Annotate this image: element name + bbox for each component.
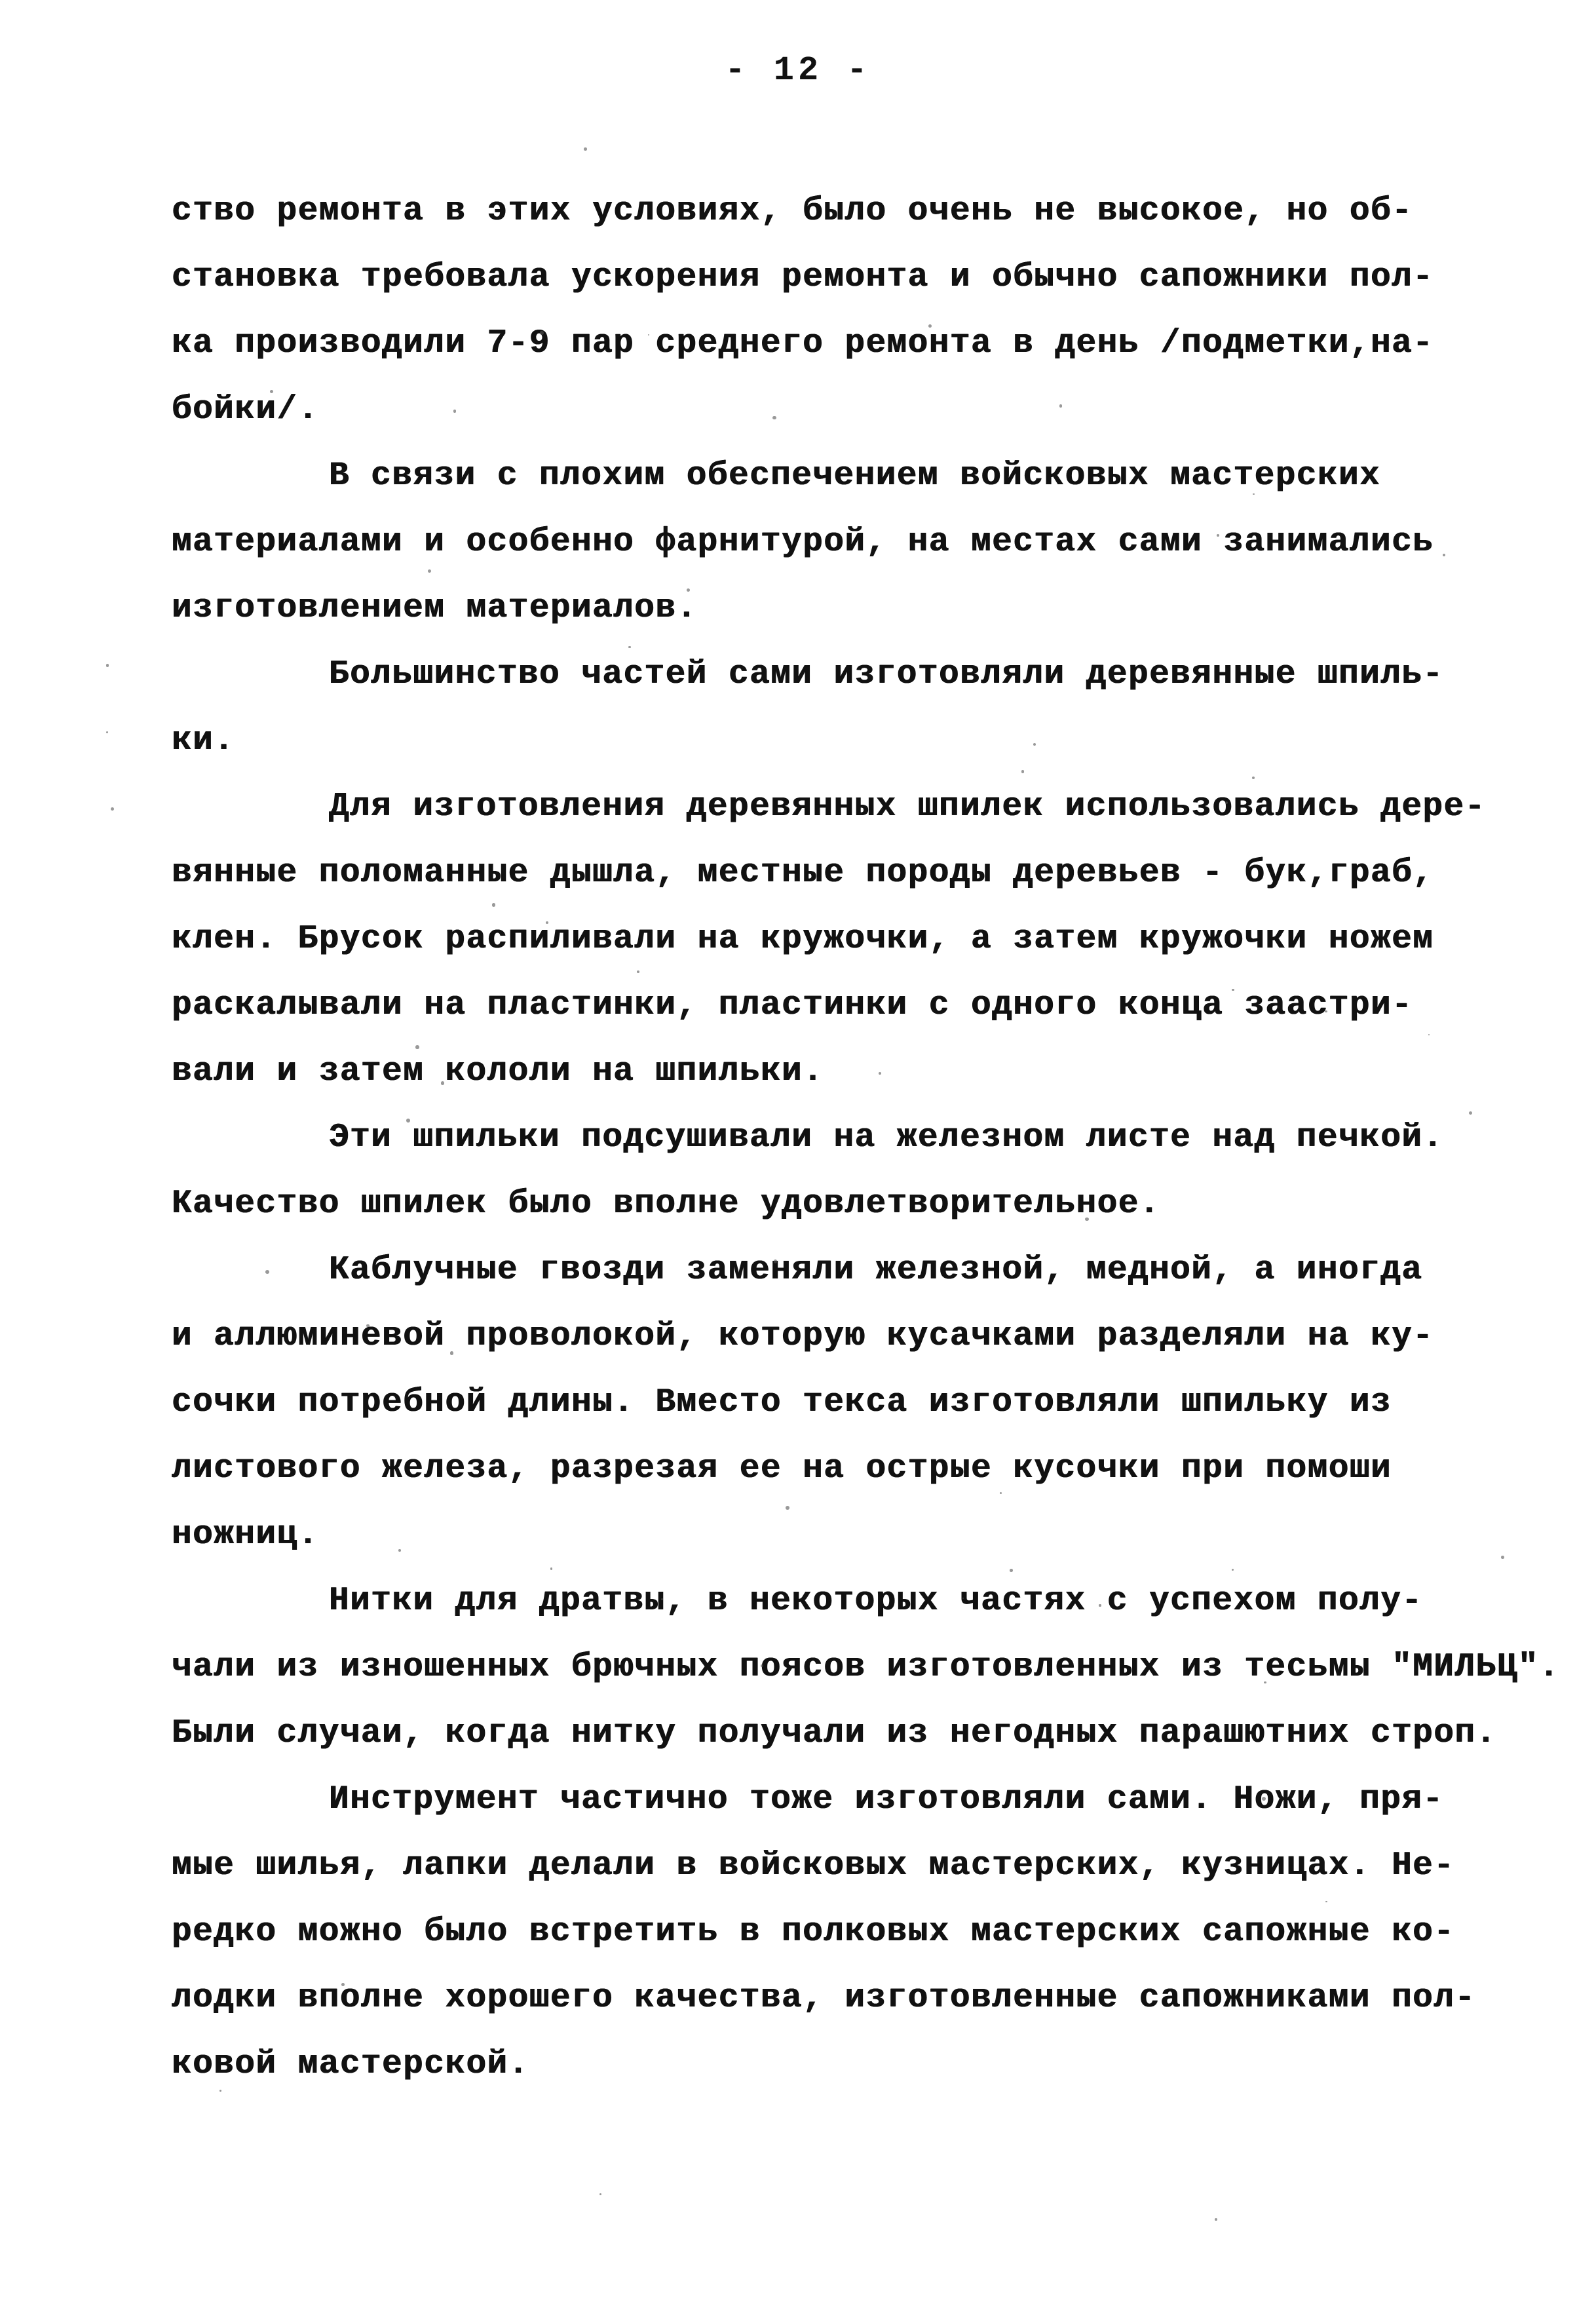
scan-speck — [106, 731, 108, 733]
scan-speck — [599, 2193, 601, 2195]
scan-speck — [1291, 1600, 1292, 1601]
paragraph-first-line: Нитки для дратвы, в некоторых частях с у… — [172, 1568, 1469, 1634]
scan-speck — [962, 1598, 964, 1599]
paragraph-first-line: Эти шпильки подсушивали на железном лист… — [172, 1105, 1469, 1171]
scan-speck — [406, 1119, 410, 1123]
scan-speck — [1313, 1331, 1316, 1334]
text-line: клен. Брусок распиливали на кружочки, а … — [172, 906, 1469, 972]
scan-speck — [540, 331, 544, 335]
scan-speck — [535, 1936, 537, 1938]
paragraph-first-line: Инструмент частично тоже изготовляли сам… — [172, 1767, 1469, 1833]
scan-speck — [628, 646, 630, 648]
document-page: - 12 - ство ремонта в этих условиях, был… — [0, 0, 1596, 2304]
scan-speck — [1099, 1604, 1101, 1606]
text-line: вянные поломанные дышла, местные породы … — [172, 840, 1469, 906]
scan-speck — [928, 324, 932, 328]
typewritten-body: ство ремонта в этих условиях, было очень… — [172, 178, 1469, 2098]
paragraph-first-line: В связи с плохим обеспечением войсковых … — [172, 443, 1469, 509]
scan-speck — [584, 147, 586, 150]
text-line: становка требовала ускорения ремонта и о… — [172, 244, 1469, 311]
text-line: сочки потребной длины. Вместо текса изго… — [172, 1370, 1469, 1436]
scan-speck — [774, 1259, 777, 1263]
scan-speck — [1375, 1410, 1376, 1411]
text-line: ковой мастерской. — [172, 2031, 1469, 2098]
scan-speck — [453, 410, 457, 413]
text-line: листового железа, разрезая ее на острые … — [172, 1436, 1469, 1502]
text-line: раскалывали на пластинки, пластинки с од… — [172, 972, 1469, 1039]
scan-speck — [761, 1664, 763, 1666]
scan-speck — [441, 1081, 444, 1085]
scan-speck — [1033, 743, 1036, 746]
scan-speck — [772, 416, 776, 420]
paragraph-first-line: Для изготовления деревянных шпилек испол… — [172, 774, 1469, 840]
scan-speck — [1215, 2218, 1217, 2221]
text-line: ножниц. — [172, 1502, 1469, 1568]
text-line: редко можно было встретить в полковых ма… — [172, 1899, 1469, 1965]
scan-speck — [219, 2090, 221, 2091]
text-line: вали и затем кололи на шпильки. — [172, 1039, 1469, 1105]
scan-speck — [428, 569, 431, 573]
text-line: изготовлением материалов. — [172, 575, 1469, 642]
text-line: Качество шпилек было вполне удовлетворит… — [172, 1171, 1469, 1237]
page-number: - 12 - — [0, 51, 1596, 90]
scan-speck — [366, 1324, 370, 1328]
scan-speck — [1428, 1034, 1430, 1035]
scan-speck — [550, 1567, 552, 1569]
scan-speck — [1010, 1569, 1013, 1572]
paragraph-first-line: Большинство частей сами изготовляли дере… — [172, 642, 1469, 708]
text-line: ка производили 7-9 пар среднего ремонта … — [172, 311, 1469, 377]
scan-speck — [398, 1549, 401, 1552]
scan-speck — [1325, 1901, 1327, 1902]
text-line: лодки вполне хорошего качества, изготовл… — [172, 1965, 1469, 2031]
scan-speck — [1059, 404, 1062, 407]
scan-speck — [1085, 1218, 1088, 1221]
text-line: Были случаи, когда нитку получали из нег… — [172, 1700, 1469, 1767]
scan-speck — [1021, 770, 1025, 773]
scan-speck — [932, 1934, 934, 1936]
scan-speck — [637, 970, 639, 973]
text-line: ки. — [172, 708, 1469, 774]
scan-speck — [111, 807, 114, 811]
text-line: мые шилья, лапки делали в войсковых маст… — [172, 1833, 1469, 1899]
scan-speck — [106, 664, 109, 666]
text-line: и аллюминевой проволокой, которую кусачк… — [172, 1303, 1469, 1370]
text-line: бойки/. — [172, 377, 1469, 443]
scan-speck — [1469, 1111, 1472, 1115]
scan-speck — [1443, 554, 1445, 556]
text-line: чали из изношенных брючных поясов изгото… — [172, 1634, 1469, 1700]
paragraph-first-line: Каблучные гвозди заменяли железной, медн… — [172, 1237, 1469, 1303]
scan-speck — [1501, 1556, 1504, 1559]
scan-speck — [415, 1045, 419, 1048]
text-line: материалами и особенно фарнитурой, на ме… — [172, 509, 1469, 575]
text-line: ство ремонта в этих условиях, было очень… — [172, 178, 1469, 244]
